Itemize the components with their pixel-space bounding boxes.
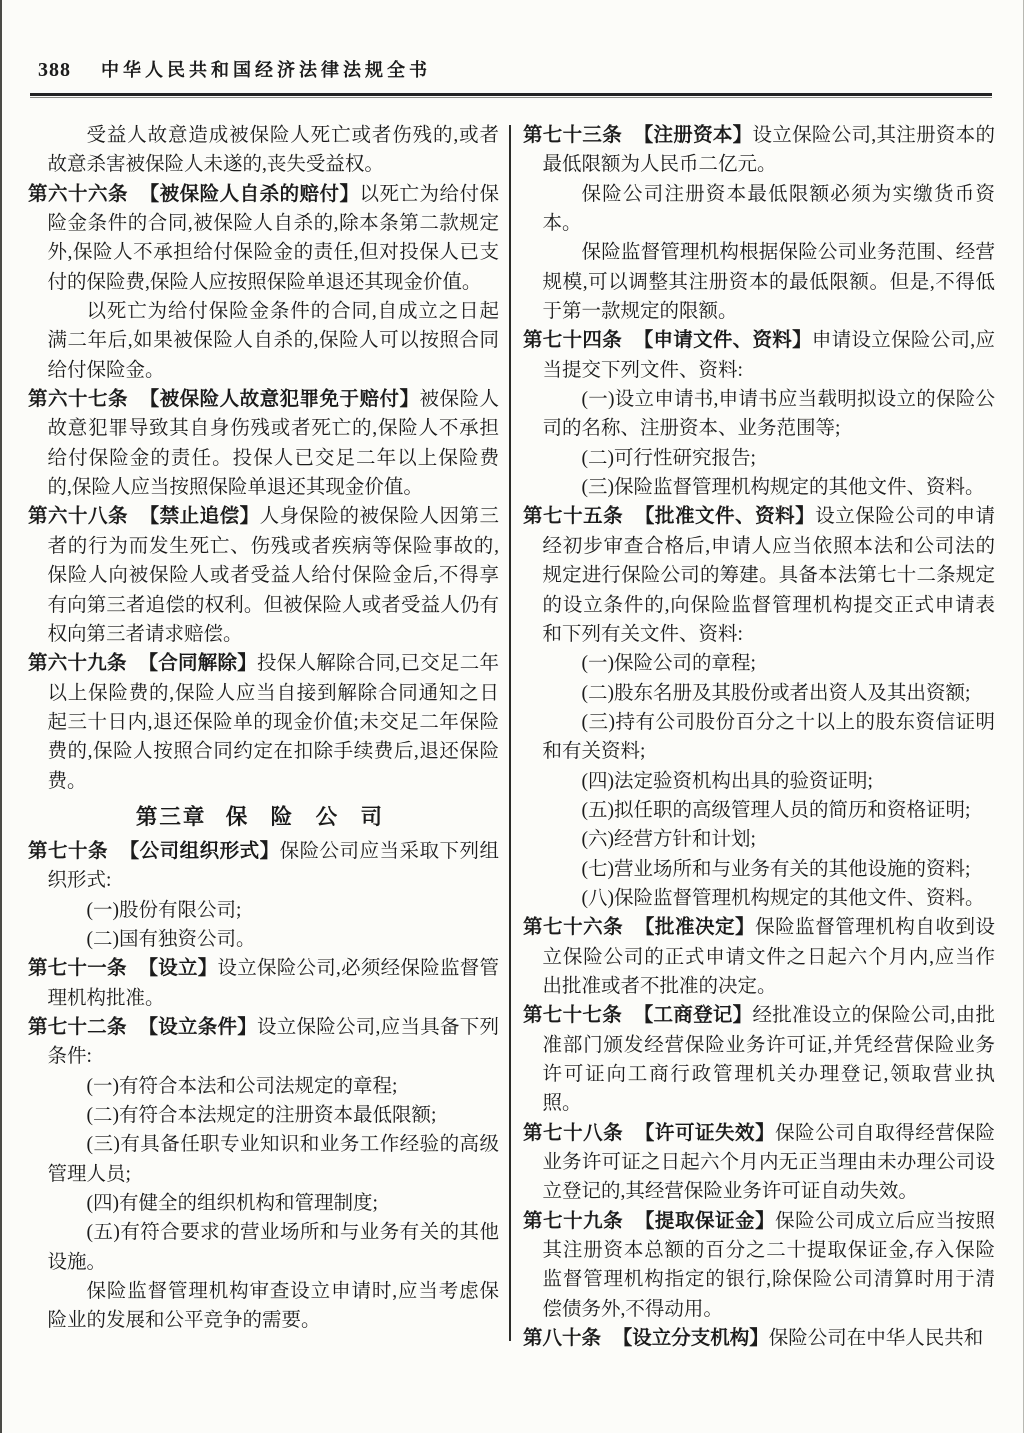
- article-title: 【设立】: [138, 958, 217, 979]
- article-number: 第八十条: [523, 1328, 601, 1349]
- article: 第七十四条【申请文件、资料】申请设立保险公司,应当提交下列文件、资料:: [523, 326, 995, 385]
- chapter-title: 保 险 公 司: [226, 805, 391, 829]
- article: 第六十六条【被保险人自杀的赔付】以死亡为给付保险金条件的合同,被保险人自杀的,除…: [28, 180, 499, 297]
- chapter-heading: 第三章保 险 公 司: [28, 801, 499, 833]
- list-item: (二)国有独资公司。: [28, 925, 499, 954]
- list-item: (四)法定验资机构出具的验资证明;: [523, 767, 995, 796]
- list-item: (三)有具备任职专业知识和业务工作经验的高级管理人员;: [28, 1130, 499, 1189]
- header-rule: [30, 93, 992, 96]
- article-text: 人身保险的被保险人因第三者的行为而发生死亡、伤残或者疾病等保险事故的,保险人向被…: [48, 506, 500, 644]
- article-number: 第六十六条: [28, 184, 128, 205]
- article-title: 【被保险人故意犯罪免于赔付】: [140, 389, 420, 410]
- paragraph: 保险监督管理机构根据保险公司业务范围、经营规模,可以调整其注册资本的最低限额。但…: [523, 238, 995, 326]
- list-item: (八)保险监督管理机构规定的其他文件、资料。: [523, 884, 995, 913]
- article-number: 第六十七条: [28, 389, 128, 410]
- article-title: 【批准决定】: [635, 917, 755, 938]
- article-number: 第七十二条: [28, 1017, 127, 1038]
- article-number: 第六十九条: [28, 653, 127, 674]
- article: 第六十八条【禁止追偿】人身保险的被保险人因第三者的行为而发生死亡、伤残或者疾病等…: [28, 502, 499, 649]
- article-title: 【许可证失效】: [635, 1123, 775, 1144]
- article: 第七十一条【设立】设立保险公司,必须经保险监督管理机构批准。: [28, 954, 499, 1013]
- list-item: (二)可行性研究报告;: [523, 444, 995, 473]
- page-number: 388: [38, 59, 71, 82]
- list-item: (五)有符合要求的营业场所和与业务有关的其他设施。: [28, 1218, 499, 1277]
- list-item: (一)设立申请书,申请书应当载明拟设立的保险公司的名称、注册资本、业务范围等;: [523, 385, 995, 444]
- list-item: (五)拟任职的高级管理人员的简历和资格证明;: [523, 796, 995, 825]
- list-item: (三)持有公司股份百分之十以上的股东资信证明和有关资料;: [523, 708, 995, 767]
- article-number: 第七十三条: [523, 125, 622, 146]
- list-item: (二)股东名册及其股份或者出资人及其出资额;: [523, 679, 995, 708]
- article-title: 【批准文件、资料】: [635, 506, 815, 527]
- article-title: 【注册资本】: [634, 125, 753, 146]
- column-divider: [509, 125, 511, 1341]
- article: 第七十九条【提取保证金】保险公司成立后应当按照其注册资本总额的百分之二十提取保证…: [523, 1207, 995, 1324]
- article: 第八十条【设立分支机构】保险公司在中华人民共和: [523, 1324, 995, 1353]
- scanned-book-page: 388 中华人民共和国经济法律法规全书 受益人故意造成被保险人死亡或者伤残的,或…: [0, 0, 1024, 1433]
- article-number: 第七十五条: [523, 506, 623, 527]
- article-number: 第七十四条: [523, 330, 622, 351]
- article-title: 【设立条件】: [138, 1017, 257, 1038]
- article-title: 【工商登记】: [634, 1005, 753, 1026]
- article-title: 【公司组织形式】: [120, 841, 280, 862]
- article-title: 【合同解除】: [138, 653, 257, 674]
- scan-edge-left: [0, 0, 2, 1433]
- article-title: 【禁止追偿】: [140, 506, 260, 527]
- list-item: (四)有健全的组织机构和管理制度;: [28, 1189, 499, 1218]
- article: 第六十七条【被保险人故意犯罪免于赔付】被保险人故意犯罪导致其自身伤残或者死亡的,…: [28, 385, 499, 502]
- article-number: 第七十九条: [523, 1211, 623, 1232]
- chapter-number: 第三章: [136, 805, 207, 829]
- article-number: 第六十八条: [28, 506, 128, 527]
- book-title: 中华人民共和国经济法律法规全书: [101, 56, 431, 82]
- article-title: 【提取保证金】: [635, 1211, 775, 1232]
- page-header: 388 中华人民共和国经济法律法规全书: [38, 56, 990, 82]
- article: 第七十八条【许可证失效】保险公司自取得经营保险业务许可证之日起六个月内无正当理由…: [523, 1119, 995, 1207]
- list-item: (二)有符合本法规定的注册资本最低限额;: [28, 1101, 499, 1130]
- list-item: (七)营业场所和与业务有关的其他设施的资料;: [523, 855, 995, 884]
- article: 第七十三条【注册资本】设立保险公司,其注册资本的最低限额为人民币二亿元。: [523, 121, 995, 180]
- article-text: 保险公司在中华人民共和: [769, 1328, 984, 1349]
- article-number: 第七十六条: [523, 917, 623, 938]
- article: 第七十二条【设立条件】设立保险公司,应当具备下列条件:: [28, 1013, 499, 1072]
- paragraph: 受益人故意造成被保险人死亡或者伤残的,或者故意杀害被保险人未遂的,丧失受益权。: [28, 121, 499, 180]
- article: 第七十六条【批准决定】保险监督管理机构自收到设立保险公司的正式申请文件之日起六个…: [523, 913, 995, 1001]
- paragraph: 保险监督管理机构审查设立申请时,应当考虑保险业的发展和公平竞争的需要。: [28, 1277, 499, 1336]
- article: 第七十条【公司组织形式】保险公司应当采取下列组织形式:: [28, 837, 499, 896]
- right-column: 第七十三条【注册资本】设立保险公司,其注册资本的最低限额为人民币二亿元。保险公司…: [523, 121, 995, 1353]
- paragraph: 以死亡为给付保险金条件的合同,自成立之日起满二年后,如果被保险人自杀的,保险人可…: [28, 297, 499, 385]
- article: 第七十七条【工商登记】经批准设立的保险公司,由批准部门颁发经营保险业务许可证,并…: [523, 1001, 995, 1118]
- article: 第七十五条【批准文件、资料】设立保险公司的申请经初步审查合格后,申请人应当依照本…: [523, 502, 995, 649]
- article-number: 第七十七条: [523, 1005, 622, 1026]
- list-item: (一)股份有限公司;: [28, 896, 499, 925]
- list-item: (六)经营方针和计划;: [523, 825, 995, 854]
- article-number: 第七十一条: [28, 958, 127, 979]
- list-item: (三)保险监督管理机构规定的其他文件、资料。: [523, 473, 995, 502]
- article: 第六十九条【合同解除】投保人解除合同,已交足二年以上保险费的,保险人应当自接到解…: [28, 649, 499, 796]
- article-number: 第七十条: [28, 841, 108, 862]
- article-title: 【被保险人自杀的赔付】: [140, 184, 360, 205]
- article-number: 第七十八条: [523, 1123, 623, 1144]
- article-title: 【设立分支机构】: [613, 1328, 769, 1349]
- text-columns: 受益人故意造成被保险人死亡或者伤残的,或者故意杀害被保险人未遂的,丧失受益权。第…: [28, 121, 994, 1361]
- article-title: 【申请文件、资料】: [634, 330, 812, 351]
- left-column: 受益人故意造成被保险人死亡或者伤残的,或者故意杀害被保险人未遂的,丧失受益权。第…: [28, 121, 499, 1336]
- paragraph: 保险公司注册资本最低限额必须为实缴货币资本。: [523, 180, 995, 239]
- list-item: (一)保险公司的章程;: [523, 649, 995, 678]
- list-item: (一)有符合本法和公司法规定的章程;: [28, 1072, 499, 1101]
